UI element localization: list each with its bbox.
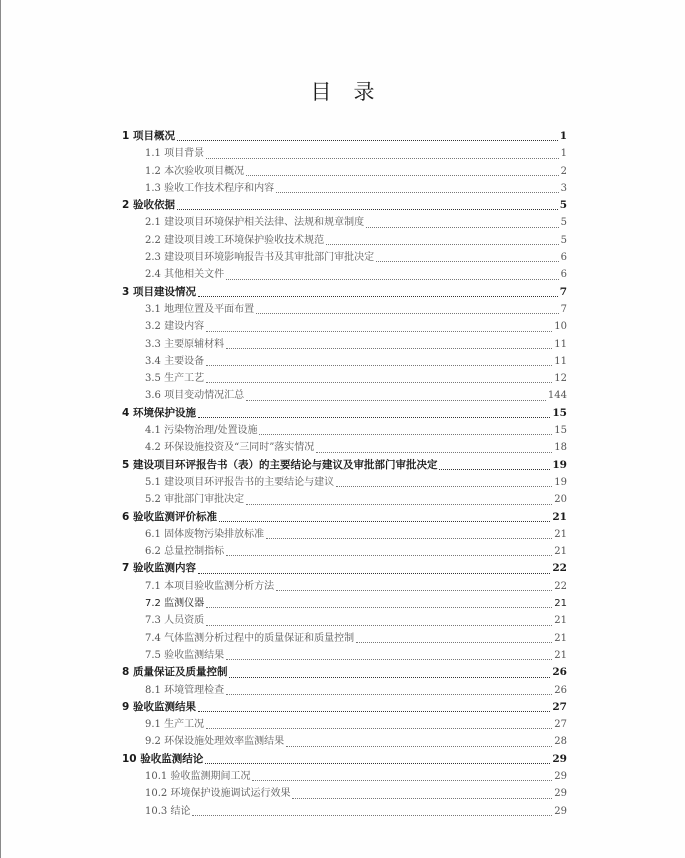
dot-leader	[292, 798, 552, 799]
toc-entry-label: 2.2 建设项目竣工环境保护验收技术规范	[145, 232, 324, 249]
toc-entry-label: 6 验收监测评价标准	[122, 509, 217, 526]
toc-entry-label: 3 项目建设情况	[122, 284, 196, 301]
toc-section-entry[interactable]: 3.4 主要设备11	[122, 353, 567, 370]
toc-entry-label: 10.3 结论	[145, 803, 190, 820]
toc-section-entry[interactable]: 7.5 验收监测结果21	[122, 647, 567, 664]
toc-entry-label: 4.2 环保设施投资及“三同时”落实情况	[145, 439, 314, 456]
dot-leader	[246, 175, 559, 176]
toc-chapter-entry[interactable]: 7 验收监测内容22	[122, 560, 567, 577]
toc-entry-label: 5 建设项目环评报告书（表）的主要结论与建议及审批部门审批决定	[122, 457, 437, 474]
toc-page-number: 21	[554, 526, 567, 543]
toc-section-entry[interactable]: 3.6 项目变动情况汇总144	[122, 387, 567, 404]
toc-entry-label: 7.2 监测仪器	[145, 595, 204, 612]
toc-entry-label: 1 项目概况	[122, 128, 175, 145]
toc-page-number: 15	[552, 405, 567, 422]
toc-section-entry[interactable]: 7.1 本项目验收监测分析方法22	[122, 578, 567, 595]
toc-page-number: 11	[554, 353, 567, 370]
dot-leader	[198, 417, 550, 418]
toc-page-number: 22	[554, 578, 567, 595]
document-page: 目录 1 项目概况11.1 项目背景11.2 本次验收项目概况21.3 验收工作…	[0, 0, 685, 858]
toc-entry-label: 7.4 气体监测分析过程中的质量保证和质量控制	[145, 630, 354, 647]
toc-page-number: 28	[554, 733, 567, 750]
dot-leader	[439, 469, 550, 470]
toc-section-entry[interactable]: 1.3 验收工作技术程序和内容3	[122, 180, 567, 197]
toc-chapter-entry[interactable]: 5 建设项目环评报告书（表）的主要结论与建议及审批部门审批决定19	[122, 457, 567, 474]
toc-page-number: 15	[554, 422, 567, 439]
toc-entry-label: 8 质量保证及质量控制	[122, 664, 227, 681]
toc-page-number: 2	[561, 163, 567, 180]
toc-page-number: 7	[561, 301, 567, 318]
toc-section-entry[interactable]: 7.3 人员资质21	[122, 612, 567, 629]
dot-leader	[206, 728, 552, 729]
dot-leader	[226, 279, 559, 280]
toc-page-number: 5	[561, 214, 567, 231]
dot-leader	[226, 694, 552, 695]
dot-leader	[206, 607, 552, 608]
toc-page-number: 19	[552, 457, 567, 474]
toc-entry-label: 1.2 本次验收项目概况	[145, 163, 244, 180]
toc-section-entry[interactable]: 7.4 气体监测分析过程中的质量保证和质量控制21	[122, 630, 567, 647]
dot-leader	[226, 659, 552, 660]
dot-leader	[246, 504, 552, 505]
toc-section-entry[interactable]: 5.2 审批部门审批决定20	[122, 491, 567, 508]
dot-leader	[256, 313, 559, 314]
toc-entry-label: 10 验收监测结论	[122, 751, 203, 768]
toc-page-number: 11	[554, 336, 567, 353]
toc-page-number: 27	[554, 716, 567, 733]
toc-entry-label: 6.2 总量控制指标	[145, 543, 224, 560]
dot-leader	[226, 555, 552, 556]
toc-entry-label: 9.2 环保设施处理效率监测结果	[145, 733, 284, 750]
dot-leader	[205, 763, 550, 764]
toc-entry-label: 4.1 污染物治理/处置设施	[145, 422, 257, 439]
toc-section-entry[interactable]: 3.1 地理位置及平面布置7	[122, 301, 567, 318]
toc-section-entry[interactable]: 3.3 主要原辅材料11	[122, 336, 567, 353]
toc-page-number: 29	[554, 768, 567, 785]
toc-entry-label: 3.4 主要设备	[145, 353, 204, 370]
dot-leader	[206, 625, 552, 626]
toc-page-number: 26	[554, 682, 567, 699]
toc-chapter-entry[interactable]: 10 验收监测结论29	[122, 751, 567, 768]
toc-section-entry[interactable]: 9.2 环保设施处理效率监测结果28	[122, 733, 567, 750]
toc-section-entry[interactable]: 1.2 本次验收项目概况2	[122, 163, 567, 180]
dot-leader	[226, 348, 552, 349]
toc-chapter-entry[interactable]: 3 项目建设情况7	[122, 284, 567, 301]
toc-page-number: 19	[554, 474, 567, 491]
toc-section-entry[interactable]: 2.2 建设项目竣工环境保护验收技术规范5	[122, 232, 567, 249]
toc-entry-label: 7.5 验收监测结果	[145, 647, 224, 664]
dot-leader	[266, 538, 552, 539]
toc-section-entry[interactable]: 5.1 建设项目环评报告书的主要结论与建议19	[122, 474, 567, 491]
toc-page-number: 26	[552, 664, 567, 681]
toc-entry-label: 7 验收监测内容	[122, 560, 196, 577]
toc-entry-label: 8.1 环境管理检查	[145, 682, 224, 699]
toc-section-entry[interactable]: 10.1 验收监测期间工况29	[122, 768, 567, 785]
toc-entry-label: 7.1 本项目验收监测分析方法	[145, 578, 274, 595]
toc-page-number: 21	[552, 509, 567, 526]
dot-leader	[198, 711, 550, 712]
toc-section-entry[interactable]: 8.1 环境管理检查26	[122, 682, 567, 699]
toc-chapter-entry[interactable]: 9 验收监测结果27	[122, 699, 567, 716]
dot-leader	[192, 815, 552, 816]
toc-page-number: 21	[554, 543, 567, 560]
toc-chapter-entry[interactable]: 2 验收依据5	[122, 197, 567, 214]
toc-section-entry[interactable]: 2.3 建设项目环境影响报告书及其审批部门审批决定6	[122, 249, 567, 266]
toc-page-number: 18	[554, 439, 567, 456]
dot-leader	[259, 434, 552, 435]
toc-chapter-entry[interactable]: 6 验收监测评价标准21	[122, 509, 567, 526]
toc-page-number: 21	[554, 630, 567, 647]
toc-section-entry[interactable]: 3.5 生产工艺12	[122, 370, 567, 387]
toc-entry-label: 3.6 项目变动情况汇总	[145, 387, 244, 404]
toc-page-number: 21	[554, 595, 567, 612]
dot-leader	[206, 382, 552, 383]
dot-leader	[326, 244, 559, 245]
toc-entry-label: 4 环境保护设施	[122, 405, 196, 422]
toc-page-number: 12	[554, 370, 567, 387]
toc-section-entry[interactable]: 10.2 环境保护设施调试运行效果29	[122, 785, 567, 802]
toc-entry-label: 5.2 审批部门审批决定	[145, 491, 244, 508]
dot-leader	[376, 261, 559, 262]
dot-leader	[229, 677, 550, 678]
toc-page-number: 22	[552, 560, 567, 577]
toc-page-number: 6	[561, 266, 567, 283]
toc-page-number: 1	[561, 145, 567, 162]
dot-leader	[219, 521, 550, 522]
toc-section-entry[interactable]: 4.1 污染物治理/处置设施15	[122, 422, 567, 439]
dot-leader	[366, 227, 559, 228]
toc-page-number: 20	[554, 491, 567, 508]
toc-section-entry[interactable]: 2.4 其他相关文件6	[122, 266, 567, 283]
dot-leader	[276, 590, 552, 591]
dot-leader	[252, 780, 552, 781]
page-title: 目录	[0, 76, 685, 106]
toc-entry-label: 9.1 生产工况	[145, 716, 204, 733]
toc-chapter-entry[interactable]: 8 质量保证及质量控制26	[122, 664, 567, 681]
dot-leader	[356, 642, 552, 643]
toc-page-number: 21	[554, 647, 567, 664]
toc-section-entry[interactable]: 6.1 固体废物污染排放标准21	[122, 526, 567, 543]
toc-entry-label: 5.1 建设项目环评报告书的主要结论与建议	[145, 474, 334, 491]
toc-page-number: 29	[554, 803, 567, 820]
toc-page-number: 5	[560, 197, 567, 214]
toc-section-entry[interactable]: 9.1 生产工况27	[122, 716, 567, 733]
toc-entry-label: 2.3 建设项目环境影响报告书及其审批部门审批决定	[145, 249, 374, 266]
page-edge	[0, 0, 1, 858]
toc-section-entry[interactable]: 10.3 结论29	[122, 803, 567, 820]
dot-leader	[316, 452, 552, 453]
toc-section-entry[interactable]: 1.1 项目背景1	[122, 145, 567, 162]
toc-section-entry[interactable]: 6.2 总量控制指标21	[122, 543, 567, 560]
dot-leader	[177, 209, 558, 210]
toc-entry-label: 3.3 主要原辅材料	[145, 336, 224, 353]
dot-leader	[206, 158, 559, 159]
toc-entry-label: 2.1 建设项目环境保护相关法律、法规和规章制度	[145, 214, 364, 231]
dot-leader	[206, 331, 552, 332]
toc-page-number: 29	[552, 751, 567, 768]
toc-page-number: 1	[560, 128, 567, 145]
dot-leader	[336, 486, 552, 487]
dot-leader	[286, 746, 552, 747]
toc-page-number: 27	[552, 699, 567, 716]
toc-page-number: 144	[548, 387, 567, 404]
toc-page-number: 3	[561, 180, 567, 197]
toc-page-number: 10	[554, 318, 567, 335]
dot-leader	[198, 573, 550, 574]
toc-page-number: 29	[554, 785, 567, 802]
toc-entry-label: 3.1 地理位置及平面布置	[145, 301, 254, 318]
toc-section-entry[interactable]: 4.2 环保设施投资及“三同时”落实情况18	[122, 439, 567, 456]
toc-chapter-entry[interactable]: 4 环境保护设施15	[122, 405, 567, 422]
toc-entry-label: 1.3 验收工作技术程序和内容	[145, 180, 274, 197]
toc-entry-label: 2 验收依据	[122, 197, 175, 214]
dot-leader	[198, 296, 558, 297]
dot-leader	[276, 192, 559, 193]
toc-entry-label: 3.5 生产工艺	[145, 370, 204, 387]
toc-entry-label: 6.1 固体废物污染排放标准	[145, 526, 264, 543]
toc-entry-label: 9 验收监测结果	[122, 699, 196, 716]
toc-section-entry[interactable]: 3.2 建设内容10	[122, 318, 567, 335]
table-of-contents: 1 项目概况11.1 项目背景11.2 本次验收项目概况21.3 验收工作技术程…	[122, 128, 567, 820]
toc-entry-label: 3.2 建设内容	[145, 318, 204, 335]
toc-page-number: 6	[561, 249, 567, 266]
dot-leader	[206, 365, 552, 366]
toc-page-number: 21	[554, 612, 567, 629]
dot-leader	[177, 140, 558, 141]
toc-page-number: 7	[560, 284, 567, 301]
toc-entry-label: 1.1 项目背景	[145, 145, 204, 162]
toc-entry-label: 2.4 其他相关文件	[145, 266, 224, 283]
toc-entry-label: 7.3 人员资质	[145, 612, 204, 629]
toc-chapter-entry[interactable]: 1 项目概况1	[122, 128, 567, 145]
toc-entry-label: 10.2 环境保护设施调试运行效果	[145, 785, 290, 802]
toc-section-entry[interactable]: 2.1 建设项目环境保护相关法律、法规和规章制度5	[122, 214, 567, 231]
dot-leader	[246, 400, 546, 401]
toc-page-number: 5	[561, 232, 567, 249]
toc-entry-label: 10.1 验收监测期间工况	[145, 768, 250, 785]
toc-section-entry[interactable]: 7.2 监测仪器21	[122, 595, 567, 612]
